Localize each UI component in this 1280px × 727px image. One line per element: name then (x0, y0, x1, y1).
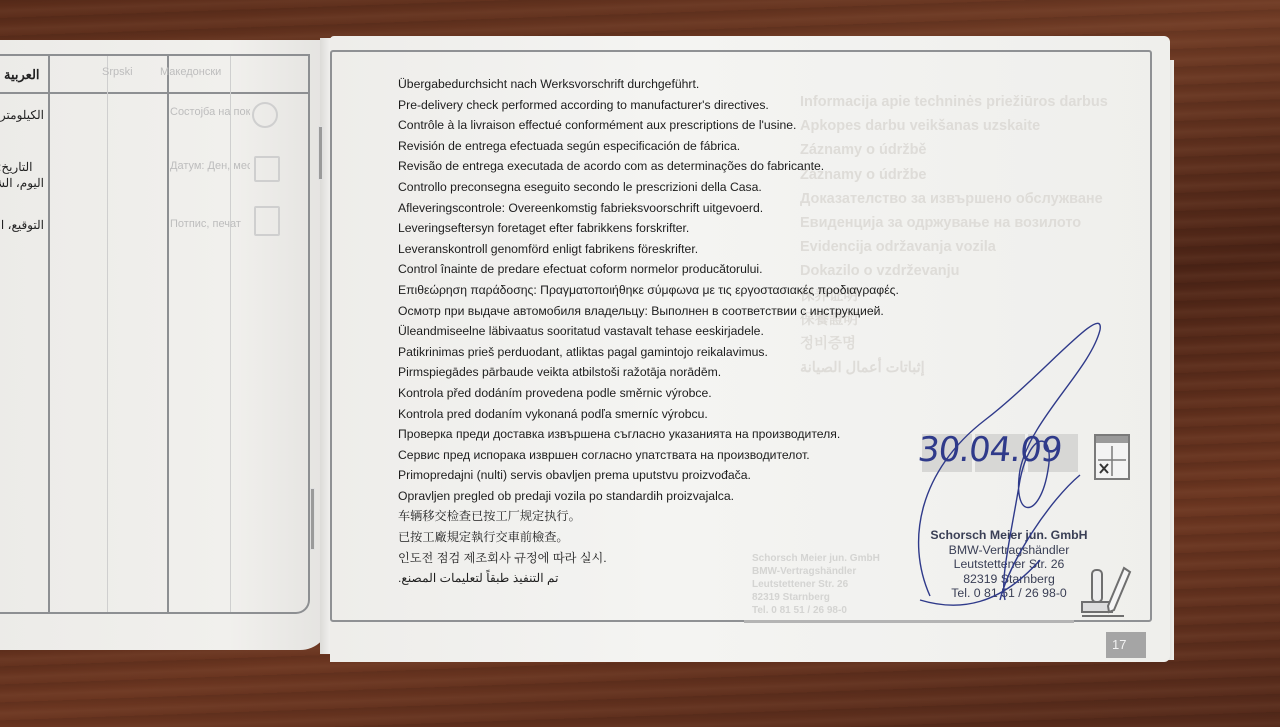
statement-line: Сервис пред испорака извршен согласно уп… (398, 445, 899, 466)
statement-line: Kontrola pred dodaním vykonaná podľa sme… (398, 404, 899, 425)
statement-line: Revisión de entrega efectuada según espe… (398, 136, 899, 157)
stamp-pen-icon (1080, 564, 1132, 622)
odometer-icon (252, 102, 278, 128)
ghost-header-serbian: Srpski (102, 66, 133, 78)
row-label-signature: التوقيع، المختم (0, 218, 44, 232)
dealer-street: Leutstettener Str. 26 (924, 557, 1094, 572)
column-divider (48, 56, 50, 612)
statement-line: 车辆移交检查已按工厂规定执行。 (398, 506, 899, 527)
statement-line: Controllo preconsegna eseguito secondo l… (398, 177, 899, 198)
statement-line: Control înainte de predare efectuat cofo… (398, 259, 899, 280)
statement-line: 已按工廠規定執行交車前檢查。 (398, 527, 899, 548)
statement-line: Patikrinimas prieš perduodant, atliktas … (398, 342, 899, 363)
dealer-stamp: Schorsch Meier jun. GmbH BMW-Vertragshän… (924, 528, 1094, 601)
maintenance-table: العربية Македонски Srpski الكيلومترات Со… (0, 54, 310, 614)
statement-line: Leveringseftersyn foretaget efter fabrik… (398, 218, 899, 239)
dealer-phone: Tel. 0 81 51 / 26 98-0 (924, 586, 1094, 601)
statement-line: Üleandmiseelne läbivaatus sooritatud vas… (398, 321, 899, 342)
calendar-icon (254, 156, 280, 182)
ghost-row-kilometers: Состојба на покажите, Километар (170, 106, 250, 118)
ghost-header-macedonian: Македонски (160, 66, 221, 78)
statement-line: Pirmspiegādes pārbaude veikta atbilstoši… (398, 362, 899, 383)
dealer-type: BMW-Vertragshändler (924, 543, 1094, 558)
signature-line (744, 620, 1074, 623)
column-divider (230, 56, 231, 612)
column-header-arabic: العربية (4, 67, 40, 83)
row-label-date: التاريخ: (0, 160, 44, 174)
staple-top (318, 126, 323, 180)
dealer-city: 82319 Starnberg (924, 572, 1094, 587)
statement-line: Επιθεώρηση παράδοσης: Πραγματοποιήθηκε σ… (398, 280, 899, 301)
statement-line: Revisão de entrega executada de acordo c… (398, 156, 899, 177)
left-page: العربية Македонски Srpski الكيلومترات Со… (0, 40, 330, 650)
statement-line: Opravljen pregled ob predaji vozila po s… (398, 486, 899, 507)
statement-line: Primopredajni (nulti) servis obavljen pr… (398, 465, 899, 486)
row-label-kilometers: الكيلومترات (0, 108, 44, 122)
handwritten-date: 30.04.09 (916, 430, 1064, 470)
statement-line: Contrôle à la livraison effectué conform… (398, 115, 899, 136)
statement-line: Проверка преди доставка извършена съглас… (398, 424, 899, 445)
page-number: 17 (1106, 632, 1146, 658)
statement-line: Kontrola před dodáním provedena podle sm… (398, 383, 899, 404)
column-divider (107, 56, 108, 612)
dealer-name: Schorsch Meier jun. GmbH (924, 528, 1094, 543)
statement-line: Осмотр при выдаче автомобиля владельцу: … (398, 301, 899, 322)
right-page: Informacija apie techninės priežiūros da… (330, 36, 1170, 662)
row-label-date-format: اليوم، الشهر (0, 176, 44, 190)
ghost-stamp-show-through: Schorsch Meier jun. GmbH BMW-Vertragshän… (752, 552, 880, 617)
statement-line: Pre-delivery check performed according t… (398, 95, 899, 116)
ghost-row-signature: Потпис, печат (170, 218, 250, 230)
page-frame: Informacija apie techninės priežiūros da… (330, 50, 1152, 622)
statement-line: Leveranskontroll genomförd enligt fabrik… (398, 239, 899, 260)
table-header (0, 56, 308, 94)
ghost-row-date: Датум: Ден, месец, година (170, 160, 250, 172)
calendar-icon (1094, 434, 1130, 480)
statement-line: Afleveringscontrole: Overeenkomstig fabr… (398, 198, 899, 219)
pre-delivery-statements: Übergabedurchsicht nach Werksvorschrift … (398, 74, 899, 589)
column-divider (167, 56, 169, 612)
stamp-pen-icon (254, 206, 280, 236)
staple-bottom (310, 488, 315, 550)
statement-line: Übergabedurchsicht nach Werksvorschrift … (398, 74, 899, 95)
